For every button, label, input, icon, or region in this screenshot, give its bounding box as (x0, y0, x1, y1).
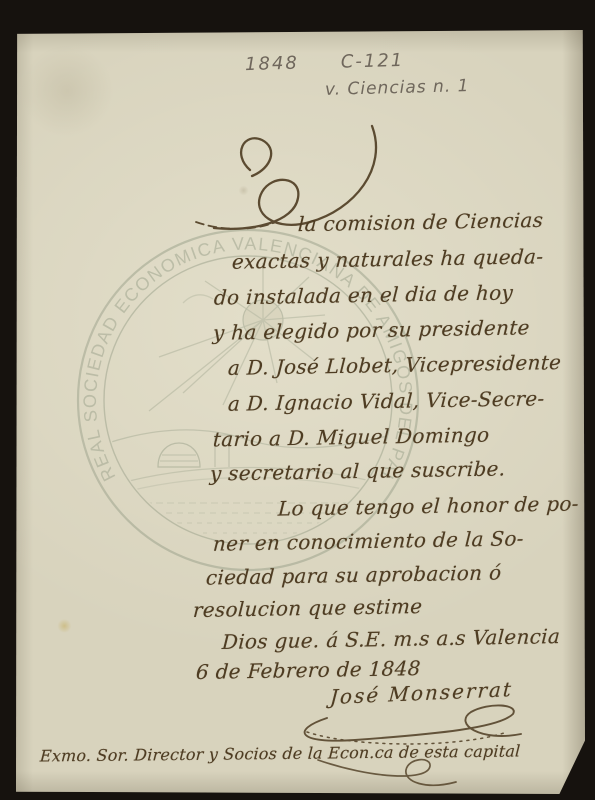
archive-series: v. Ciencias n. 1 (325, 76, 470, 100)
manuscript-line: 6 de Febrero de 1848 (195, 656, 421, 684)
manuscript-line: a D. José Llobet, Vicepresidente (227, 350, 562, 380)
manuscript-line: exactas y naturales ha queda- (231, 244, 544, 273)
manuscript-line: ciedad para su aprobacion ó (205, 560, 502, 589)
manuscript-line: y secretario al que suscribe. (209, 456, 506, 485)
manuscript-line: do instalada en el dia de hoy (213, 280, 513, 309)
manuscript-line: Dios gue. á S.E. m.s a.s Valencia (221, 624, 560, 654)
manuscript-line: y ha elegido por su presidente (212, 315, 530, 345)
signature: José Monserrat (329, 677, 513, 709)
manuscript-line: la comision de Ciencias (297, 208, 544, 236)
manuscript-line: resolucion que estime (192, 594, 423, 622)
addressee-line: Exmo. Sor. Director y Socios de la Econ.… (39, 741, 521, 765)
manuscript-line: a D. Ignacio Vidal, Vice-Secre- (227, 386, 545, 416)
archive-year: 1848 (245, 53, 299, 75)
manuscript-line: Lo que tengo el honor de po- (277, 491, 579, 520)
manuscript-line: tario a D. Miguel Domingo (212, 423, 490, 452)
archive-reference: C-121 (341, 50, 405, 73)
scanned-document-backdrop: REAL SOCIEDAD ECONOMICA VALENCIANA DE AM… (0, 0, 595, 800)
manuscript-line: ner en conocimiento de la So- (212, 526, 524, 555)
letter-page: REAL SOCIEDAD ECONOMICA VALENCIANA DE AM… (16, 30, 585, 794)
archive-annotation: 1848 C-121 (245, 50, 405, 75)
